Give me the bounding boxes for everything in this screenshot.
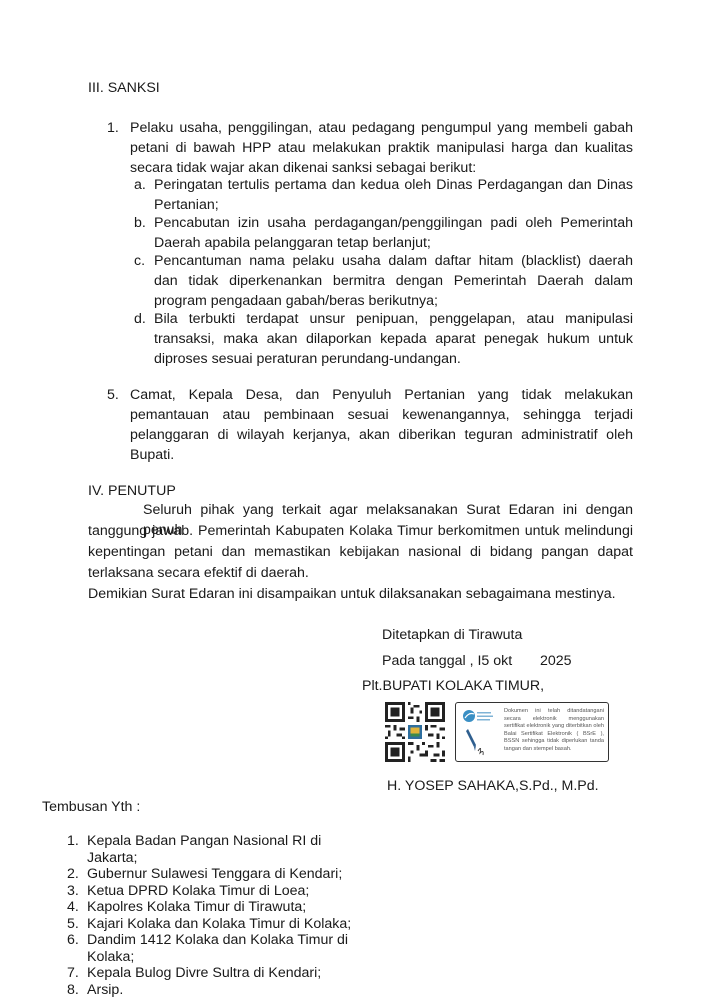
section-title-penutup: IV. PENUTUP xyxy=(88,481,176,501)
text-line: Pencantuman nama pelaku usaha dalam daft… xyxy=(154,251,633,271)
subitem-b: Pencabutan izin usaha perdagangan/penggi… xyxy=(154,213,633,253)
sanction-item-5: Camat, Kepala Desa, dan Penyuluh Pertani… xyxy=(130,385,633,465)
cc-item: Kepala Bulog Divre Sultra di Kendari; xyxy=(87,965,321,982)
text-line: pemantauan atau pembinaan sesuai kewenan… xyxy=(130,405,633,425)
text-line: Kepala Bulog Divre Sultra di Kendari; xyxy=(87,965,321,982)
text-line: Pertanian; xyxy=(154,195,633,215)
text-line: petani di bawah HPP atau melakukan prakt… xyxy=(130,138,633,158)
closing-statement: Demikian Surat Edaran ini disampaikan un… xyxy=(88,584,633,604)
text-line: Kajari Kolaka dan Kolaka Timur di Kolaka… xyxy=(87,916,351,933)
cc-number: 8. xyxy=(67,982,79,999)
signatory-name: H. YOSEP SAHAKA,S.Pd., M.Pd. xyxy=(387,776,599,796)
cc-item: Kajari Kolaka dan Kolaka Timur di Kolaka… xyxy=(87,916,351,933)
text-line: transaksi, maka akan dilaporkan kepada a… xyxy=(154,329,633,349)
text-line: dan tidak diperkenankan bermitra dengan … xyxy=(154,271,633,291)
text-line: kepentingan petani dan memastikan kebija… xyxy=(88,542,633,562)
text-line: Gubernur Sulawesi Tenggara di Kendari; xyxy=(87,866,342,883)
item-number: 1. xyxy=(107,118,119,138)
text-line: Seluruh pihak yang terkait agar melaksan… xyxy=(88,500,633,520)
item-number: 5. xyxy=(107,385,119,405)
text-line: Pelaku usaha, penggilingan, atau pedagan… xyxy=(130,118,633,138)
text-line: Daerah apabila pelanggaran tetap berlanj… xyxy=(154,233,633,253)
text-line: Arsip. xyxy=(87,982,123,999)
subitem-letter: a. xyxy=(134,175,146,195)
cc-number: 5. xyxy=(67,916,79,933)
subitem-a: Peringatan tertulis pertama dan kedua ol… xyxy=(154,175,633,215)
cc-number: 4. xyxy=(67,899,79,916)
cc-item: Dandim 1412 Kolaka dan Kolaka Timur di K… xyxy=(87,932,348,965)
text-line: Pencabutan izin usaha perdagangan/penggi… xyxy=(154,213,633,233)
text-line: Bupati. xyxy=(130,445,633,465)
signature-position: Plt.BUPATI KOLAKA TIMUR, xyxy=(362,676,544,696)
cc-number: 1. xyxy=(67,833,79,850)
text-line: pelanggaran di wilayah kerjanya, akan di… xyxy=(130,425,633,445)
text-line: Camat, Kepala Desa, dan Penyuluh Pertani… xyxy=(130,385,633,405)
electronic-signature-notice: Dokumen ini telah ditandatangani secara … xyxy=(455,702,609,762)
subitem-d: Bila terbukti terdapat unsur penipuan, p… xyxy=(154,309,633,369)
text-line: diproses sesuai peraturan perundang-unda… xyxy=(154,349,633,369)
subitem-letter: d. xyxy=(134,309,146,329)
cc-number: 2. xyxy=(67,866,79,883)
signature-place: Ditetapkan di Tirawuta xyxy=(382,625,522,645)
text-line: program pengadaan gabah/beras berikutnya… xyxy=(154,291,633,311)
signature-year: 2025 xyxy=(540,651,572,671)
bsre-logo-icon xyxy=(460,707,500,757)
text-line: Dandim 1412 Kolaka dan Kolaka Timur di xyxy=(87,932,348,949)
text-line: Jakarta; xyxy=(87,850,321,867)
text-line: Bila terbukti terdapat unsur penipuan, p… xyxy=(154,309,633,329)
text-line: terlaksana secara efektif di daerah. xyxy=(88,563,633,583)
text-line: Kolaka; xyxy=(87,949,348,966)
subitem-letter: c. xyxy=(134,251,145,271)
cc-item: Gubernur Sulawesi Tenggara di Kendari; xyxy=(87,866,342,883)
text-line: Kapolres Kolaka Timur di Tirawuta; xyxy=(87,899,306,916)
qr-code-icon xyxy=(385,702,445,762)
cc-number: 7. xyxy=(67,965,79,982)
cc-number: 3. xyxy=(67,883,79,900)
section-title-sanksi: III. SANKSI xyxy=(88,78,160,98)
subitem-c: Pencantuman nama pelaku usaha dalam daft… xyxy=(154,251,633,311)
text-line: Peringatan tertulis pertama dan kedua ol… xyxy=(154,175,633,195)
cc-item: Ketua DPRD Kolaka Timur di Loea; xyxy=(87,883,309,900)
cc-item: Kapolres Kolaka Timur di Tirawuta; xyxy=(87,899,306,916)
subitem-letter: b. xyxy=(134,213,146,233)
text-line: Ketua DPRD Kolaka Timur di Loea; xyxy=(87,883,309,900)
cc-item: Kepala Badan Pangan Nasional RI di Jakar… xyxy=(87,833,321,866)
closing-paragraph: Seluruh pihak yang terkait agar melaksan… xyxy=(88,500,633,604)
text-line: Kepala Badan Pangan Nasional RI di xyxy=(87,833,321,850)
text-line: tanggung jawab. Pemerintah Kabupaten Kol… xyxy=(88,521,633,541)
cc-number: 6. xyxy=(67,932,79,949)
cc-title: Tembusan Yth : xyxy=(42,797,140,817)
esign-notice-text: Dokumen ini telah ditandatangani secara … xyxy=(504,708,604,754)
sanction-item-1: Pelaku usaha, penggilingan, atau pedagan… xyxy=(130,118,633,178)
cc-item: Arsip. xyxy=(87,982,123,999)
signature-date: Pada tanggal , I5 okt xyxy=(382,651,512,671)
